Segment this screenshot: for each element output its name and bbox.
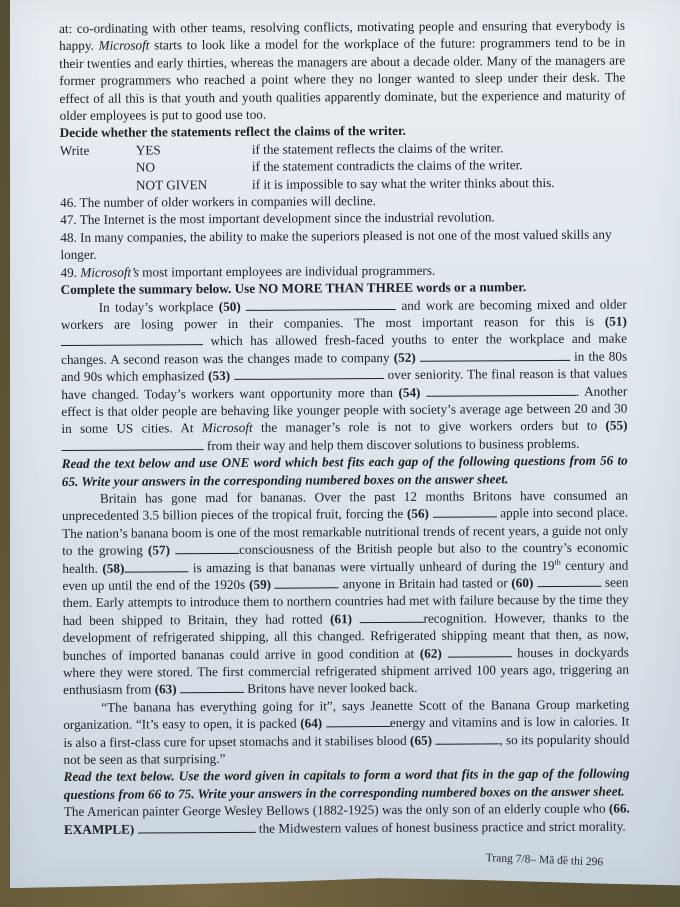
- answer-blank-60[interactable]: [537, 574, 601, 587]
- summary-paragraph: In today’s workplace (50) and work are b…: [61, 295, 628, 455]
- answer-blank-52[interactable]: [420, 348, 570, 362]
- write-label: Write: [60, 141, 136, 159]
- option-key: NOT GIVEN: [136, 175, 252, 193]
- gap-number-62: (62): [420, 645, 442, 660]
- answer-blank-54[interactable]: [426, 382, 576, 396]
- gap-number-59: (59): [249, 577, 271, 592]
- option-meaning: if the statement contradicts the claims …: [252, 156, 626, 176]
- gap-number-51: (51): [605, 313, 627, 328]
- answer-blank-62[interactable]: [447, 644, 511, 657]
- gap-number-54: (54): [398, 384, 420, 399]
- passage-intro-paragraph: at: co-ordinating with other teams, reso…: [59, 17, 626, 125]
- answer-blank-66[interactable]: [138, 820, 256, 834]
- option-meaning: if it is impossible to say what the writ…: [252, 173, 626, 193]
- answer-blank-63[interactable]: [180, 680, 244, 693]
- answer-blank-58[interactable]: [124, 559, 188, 572]
- answer-blank-64[interactable]: [326, 714, 390, 727]
- answer-blank-61[interactable]: [359, 610, 423, 623]
- gap-number-61: (61): [330, 611, 352, 626]
- yng-options-table: Write YES if the statement reflects the …: [60, 138, 626, 194]
- gap-number-53: (53): [208, 368, 230, 383]
- gap-number-57: (57): [148, 543, 170, 558]
- question-48: 48. In many companies, the ability to ma…: [60, 225, 626, 263]
- answer-blank-59[interactable]: [275, 575, 339, 588]
- cloze-paragraph-2: “The banana has everything going for it”…: [63, 695, 629, 768]
- answer-blank-51[interactable]: [61, 332, 203, 346]
- gap-number-58: (58): [102, 560, 124, 575]
- gap-number-52: (52): [394, 350, 416, 365]
- option-key: YES: [136, 141, 252, 159]
- answer-blank-55[interactable]: [62, 437, 204, 451]
- answer-blank-57[interactable]: [175, 541, 239, 554]
- gap-number-65: (65): [410, 732, 432, 747]
- cloze-paragraph-1: Britain has gone mad for bananas. Over t…: [62, 487, 629, 699]
- answer-blank-56[interactable]: [433, 505, 497, 518]
- gap-number-64: (64): [300, 716, 322, 731]
- gap-number-56: (56): [407, 506, 429, 521]
- wordform-instruction: Read the text below. Use the word given …: [64, 765, 630, 803]
- gap-number-60: (60): [511, 575, 533, 590]
- option-key: NO: [136, 158, 252, 176]
- answer-blank-53[interactable]: [234, 366, 384, 380]
- company-name: Microsoft: [99, 38, 150, 53]
- wordform-paragraph: The American painter George Wesley Bello…: [64, 800, 630, 838]
- option-meaning: if the statement reflects the claims of …: [252, 138, 626, 158]
- gap-number-63: (63): [155, 682, 177, 697]
- answer-blank-65[interactable]: [435, 731, 499, 744]
- answer-blank-50[interactable]: [246, 296, 396, 310]
- gap-number-50: (50): [219, 298, 241, 313]
- exam-page-content: at: co-ordinating with other teams, reso…: [59, 17, 630, 839]
- gap-number-55: (55): [605, 418, 627, 433]
- cloze-instruction: Read the text below and use ONE word whi…: [62, 452, 628, 490]
